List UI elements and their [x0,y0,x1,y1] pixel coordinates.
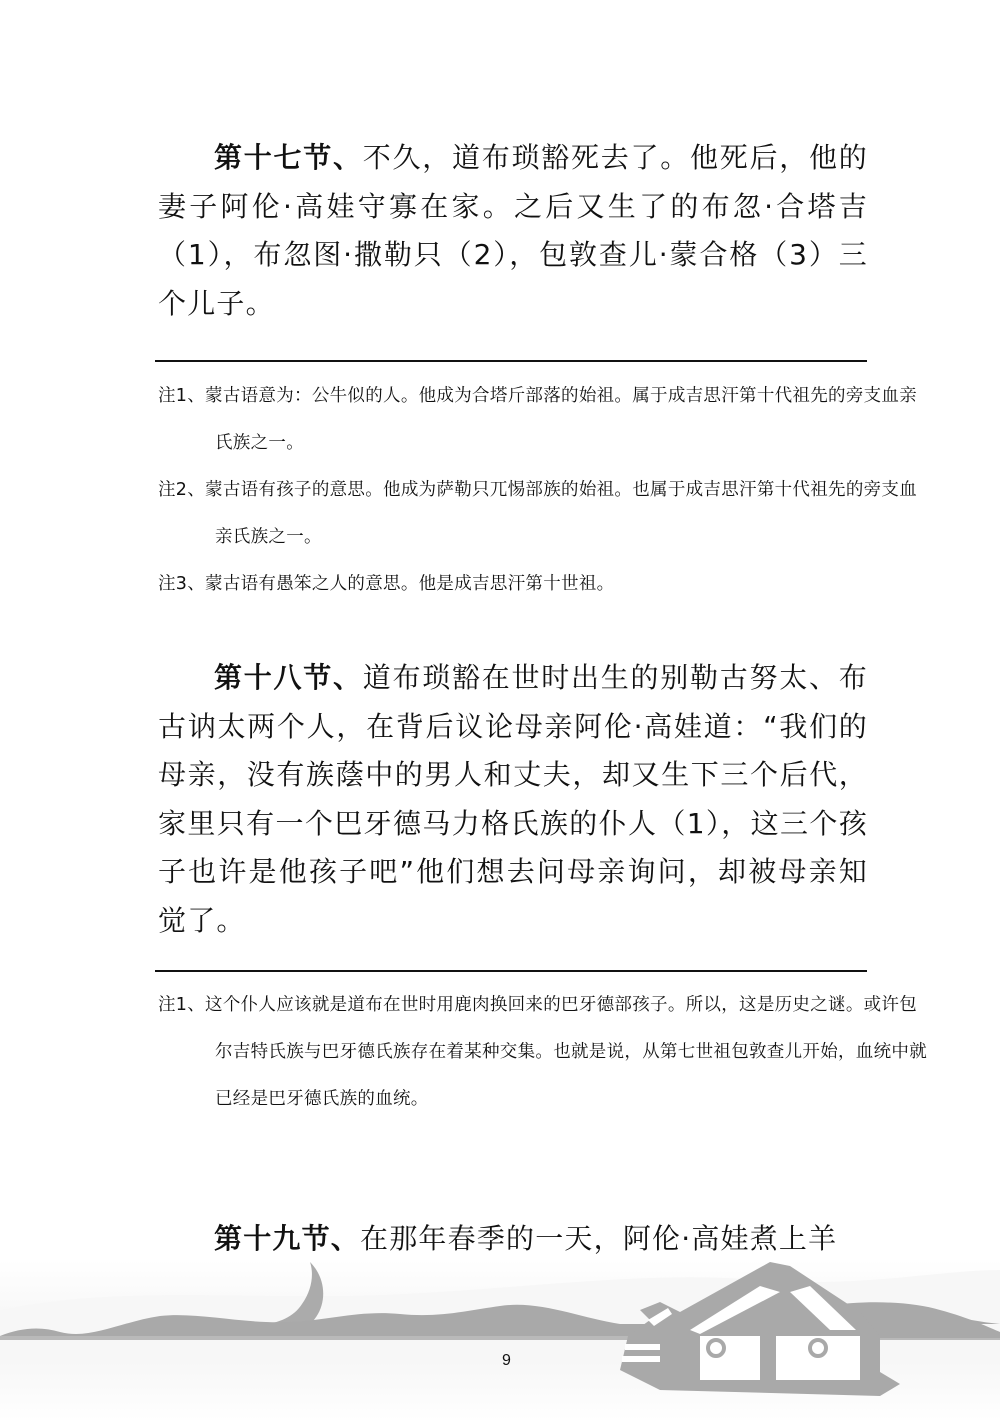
section-17-note-2: 注2、蒙古语有孩子的意思。他成为萨勒只兀惕部族的始祖。也属于成吉思汗第十代祖先的… [158,467,927,561]
section-18-heading: 第十八节、 [214,661,363,694]
page-number: 9 [502,1352,511,1370]
footnote-divider [155,360,867,362]
footer-illustration [0,1240,1000,1421]
footnote-divider [155,970,867,972]
section-18-paragraph: 第十八节、道布琐豁在世时出生的别勒古努太、布古讷太两个人，在背后议论母亲阿伦·高… [158,654,868,945]
section-17-paragraph: 第十七节、不久，道布琐豁死去了。他死后，他的妻子阿伦·高娃守寡在家。之后又生了的… [158,134,868,328]
section-17-note-3: 注3、蒙古语有愚笨之人的意思。他是成吉思汗第十世祖。 [158,561,927,608]
section-17-note-1: 注1、蒙古语意为：公牛似的人。他成为合塔斤部落的始祖。属于成吉思汗第十代祖先的旁… [158,373,927,467]
section-17-heading: 第十七节、 [214,141,363,174]
section-18-note-1: 注1、这个仆人应该就是道布在世时用鹿肉换回来的巴牙德部孩子。所以，这是历史之谜。… [158,982,927,1123]
section-18-text: 道布琐豁在世时出生的别勒古努太、布古讷太两个人，在背后议论母亲阿伦·高娃道：“我… [158,661,868,937]
document-page: 第十七节、不久，道布琐豁死去了。他死后，他的妻子阿伦·高娃守寡在家。之后又生了的… [0,0,1000,1421]
